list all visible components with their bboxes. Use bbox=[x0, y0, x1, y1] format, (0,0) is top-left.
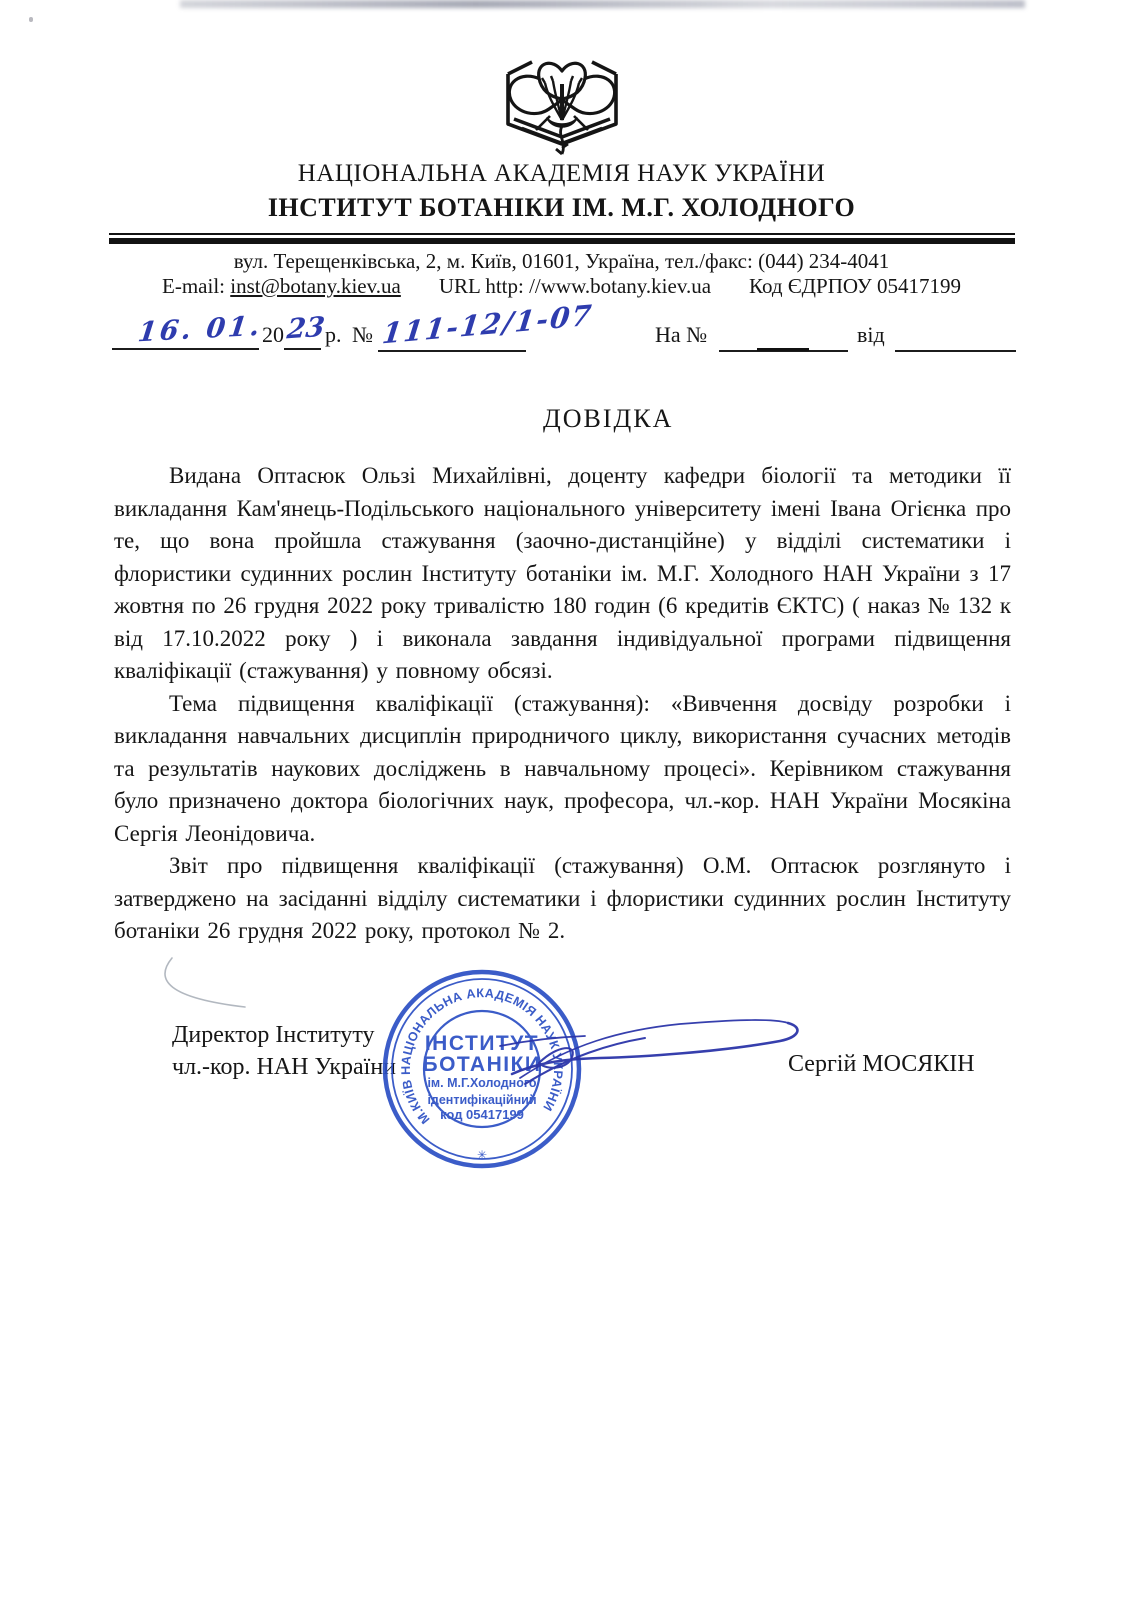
stamp-botany-line: БОТАНІКИ bbox=[422, 1053, 541, 1076]
ref-year-handwritten: 23 bbox=[285, 312, 326, 346]
institute-logo-icon bbox=[492, 50, 632, 162]
ref-number-sign: № bbox=[352, 322, 373, 348]
contact-line: E-mail: inst@botany.kiev.ua URL http: //… bbox=[0, 274, 1123, 299]
edrpou-code: Код ЄДРПОУ 05417199 bbox=[749, 274, 961, 299]
stamp-kholodny-line: ім. М.Г.Холодного bbox=[427, 1076, 536, 1090]
stamp-star-icon: ✳ bbox=[477, 1148, 487, 1162]
underline-ink-blot bbox=[757, 348, 809, 351]
address-line: вул. Терещенківська, 2, м. Київ, 01601, … bbox=[0, 249, 1123, 274]
ref-number-underline bbox=[378, 350, 526, 352]
from-underline bbox=[895, 350, 1016, 352]
body-paragraph-1: Видана Оптасюк Ользі Михайлівні, доценту… bbox=[114, 460, 1011, 688]
email-address: inst@botany.kiev.ua bbox=[230, 274, 401, 298]
official-round-stamp: М.КИЇВ НАЦІОНАЛЬНА АКАДЕМІЯ НАУК УКРАЇНИ… bbox=[371, 958, 593, 1180]
email-text: E-mail: inst@botany.kiev.ua bbox=[162, 274, 401, 299]
signatory-name: Сергій МОСЯКІН bbox=[788, 1051, 975, 1078]
scan-artifact-dot bbox=[29, 17, 33, 22]
ref-date-handwritten: 16. 01. bbox=[136, 311, 264, 349]
from-label: від bbox=[857, 322, 885, 348]
incoming-number-underline bbox=[719, 350, 848, 352]
scan-artifact-top-smudge bbox=[180, 0, 1025, 8]
document-title: ДОВІДКА bbox=[543, 404, 673, 434]
signatory-position-line2: чл.-кор. НАН України bbox=[172, 1054, 396, 1081]
ref-year-underline bbox=[284, 348, 321, 350]
incoming-number-label: На № bbox=[655, 322, 707, 348]
header-divider-rule bbox=[109, 233, 1015, 247]
ref-date-underline bbox=[112, 348, 259, 350]
body-paragraph-2: Тема підвищення кваліфікації (стажування… bbox=[114, 688, 1011, 851]
document-body: Видана Оптасюк Ользі Михайлівні, доценту… bbox=[114, 460, 1011, 948]
signatory-position-line1: Директор Інституту bbox=[172, 1022, 375, 1049]
stamp-identification-line: ідентифікаційний bbox=[427, 1093, 536, 1107]
ref-year-suffix: р. bbox=[325, 322, 342, 348]
stamp-institute-line: ІНСТИТУТ bbox=[425, 1032, 539, 1055]
org-name-line2: ІНСТИТУТ БОТАНІКИ ІМ. М.Г. ХОЛОДНОГО bbox=[0, 193, 1123, 223]
scanned-document-page: НАЦІОНАЛЬНА АКАДЕМІЯ НАУК УКРАЇНИ ІНСТИТ… bbox=[0, 0, 1123, 1600]
body-paragraph-3: Звіт про підвищення кваліфікації (стажув… bbox=[114, 850, 1011, 948]
url-text: URL http: //www.botany.kiev.ua bbox=[439, 274, 711, 299]
email-label: E-mail: bbox=[162, 274, 230, 298]
ref-year-prefix: 20 bbox=[262, 322, 284, 348]
ref-number-handwritten: 111-12/1-07 bbox=[380, 299, 595, 351]
stamp-code-line: код 05417199 bbox=[440, 1107, 524, 1122]
org-name-line1: НАЦІОНАЛЬНА АКАДЕМІЯ НАУК УКРАЇНИ bbox=[0, 160, 1123, 188]
